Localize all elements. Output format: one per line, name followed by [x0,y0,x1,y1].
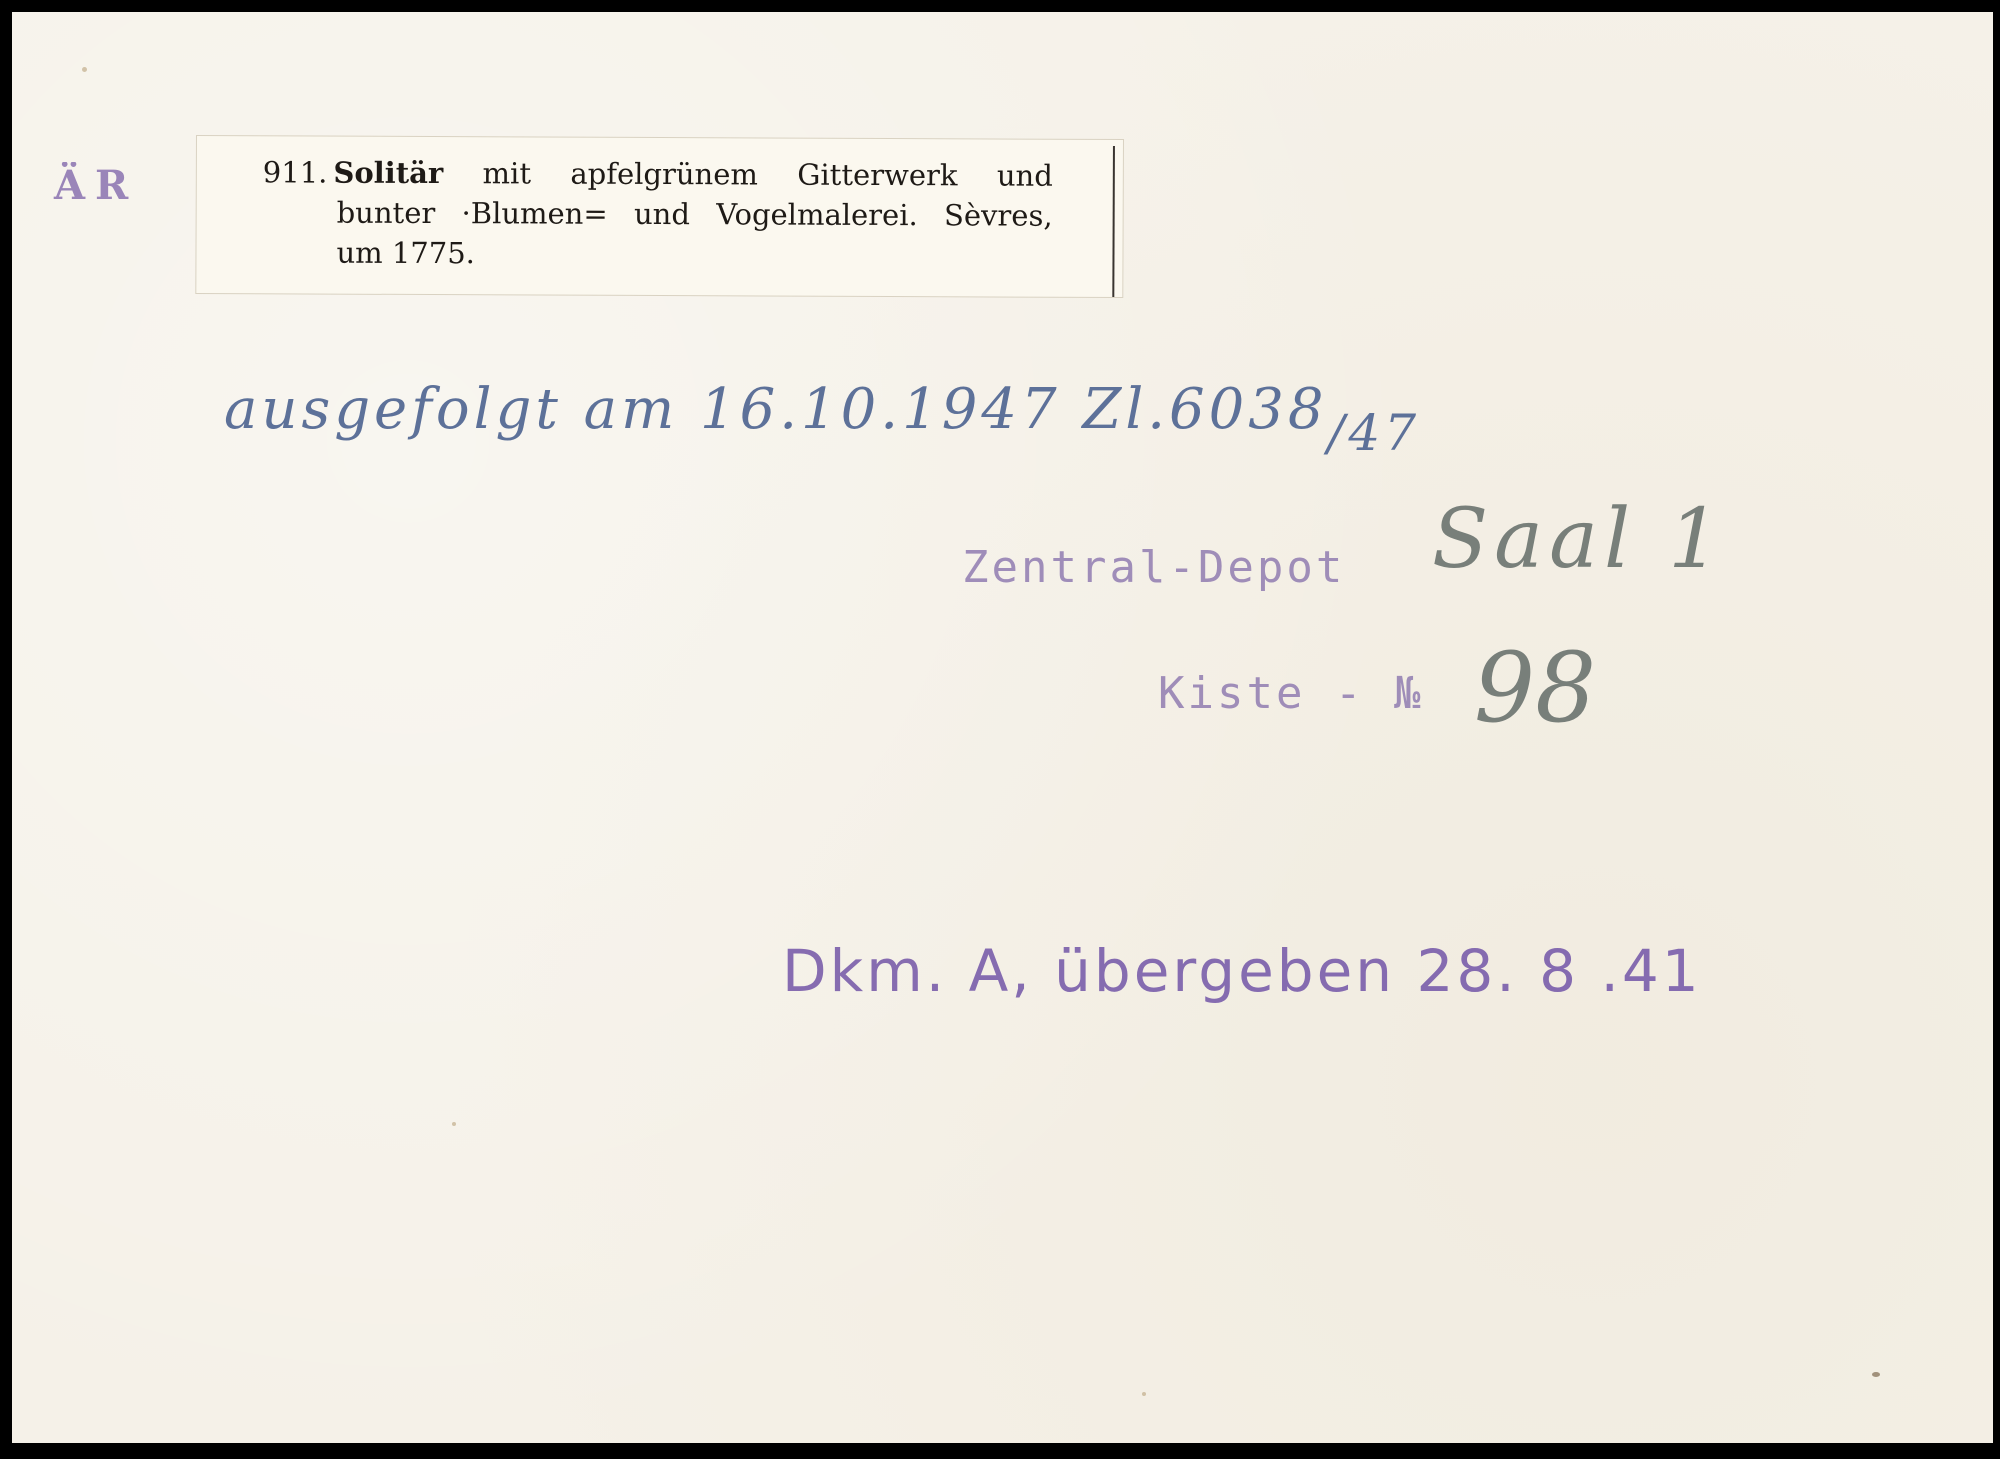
label-word: Gitterwerk [797,155,957,196]
label-word: bunter [337,193,436,233]
paper-speck [1872,1372,1880,1377]
paper-speck [1142,1392,1146,1396]
label-word: Solitär [333,156,443,190]
release-note-year-suffix: /47 [1328,404,1420,462]
stamp-kiste-number: Kiste - № [1158,668,1423,719]
label-edge-rule [1112,146,1115,297]
catalog-label-clipping: 911.Solitär mit apfelgrünem Gitterwerk u… [195,135,1124,298]
paper-speck [452,1122,456,1126]
paper-speck [82,67,87,72]
catalog-number: 911.Solitär [263,152,444,193]
label-line-1: 911.Solitär mit apfelgrünem Gitterwerk u… [263,152,1053,195]
handwritten-saal: Saal 1 [1432,492,1726,587]
label-line-3: um 1775. [262,232,1052,275]
label-word: mit [483,153,532,193]
stamp-zentral-depot: Zentral-Depot [962,542,1345,593]
handwritten-kiste-number: 98 [1474,632,1596,744]
label-word: apfelgrünem [570,154,758,195]
stamp-transfer-date: Dkm. A, übergeben 28. 8 .41 [782,937,1702,1005]
label-word: und [997,155,1053,195]
archive-card: ÄR 911.Solitär mit apfelgrünem Gitterwer… [12,12,1993,1443]
label-date: um 1775. [336,233,475,274]
label-word: Vogelmalerei. [716,194,918,235]
label-word: Sèvres, [944,195,1053,235]
label-line-2: bunter ·Blumen= und Vogelmalerei. Sèvres… [263,192,1053,235]
release-note-text: ausgefolgt am 16.10.1947 Zl.6038 [224,377,1328,442]
stamp-ar: ÄR [54,162,138,209]
label-word: ·Blumen= [461,193,607,234]
label-word: und [634,194,690,234]
handwritten-release-note: ausgefolgt am 16.10.1947 Zl.6038/47 [224,377,1420,442]
catalog-number-value: 911. [263,155,328,189]
catalog-label-text: 911.Solitär mit apfelgrünem Gitterwerk u… [262,152,1053,275]
